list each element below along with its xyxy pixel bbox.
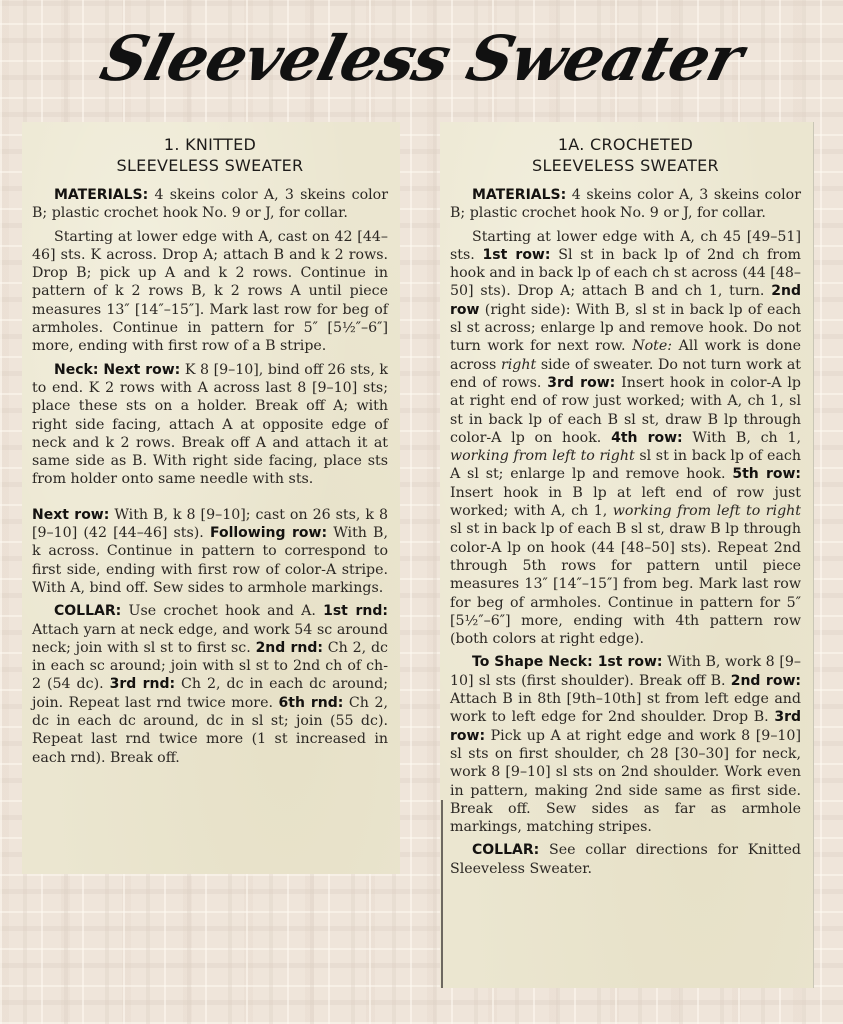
row-5-text-2: sl st in back lp of each B sl st, draw B… xyxy=(450,521,801,647)
page-title: Sleeveless Sweater xyxy=(0,14,843,104)
start-text: Starting at lower edge with A, cast on 4… xyxy=(32,229,388,355)
row-4-emphasis: working from left to right xyxy=(450,448,635,464)
neck-label: Neck: Next row: xyxy=(54,362,180,378)
row-5-label: 5th row: xyxy=(732,466,801,482)
crocheted-sweater-panel: 1A. CROCHETED SLEEVELESS SWEATER MATERIA… xyxy=(440,122,814,988)
row-1-label: 1st row: xyxy=(483,247,551,263)
neck-row-2-text: Attach B in 8th [9th–10th] st from left … xyxy=(450,691,801,725)
note-label: Note: xyxy=(632,338,672,354)
round-1-label: 1st rnd: xyxy=(323,603,388,619)
crocheted-collar: COLLAR: See collar directions for Knitte… xyxy=(450,841,801,878)
panel-edge-line xyxy=(441,800,443,988)
round-3-label: 3rd rnd: xyxy=(110,676,176,692)
crocheted-heading-line1: 1A. CROCHETED xyxy=(450,134,801,155)
following-row-label: Following row: xyxy=(210,525,327,541)
collar-label: COLLAR: xyxy=(54,603,121,619)
knitted-heading-line2: SLEEVELESS SWEATER xyxy=(32,155,388,176)
crocheted-materials: MATERIALS: 4 skeins color A, 3 skeins co… xyxy=(450,186,801,223)
note-emphasis: right xyxy=(501,357,536,373)
crocheted-neck: To Shape Neck: 1st row: With B, work 8 [… xyxy=(450,653,801,836)
knitted-sweater-panel: 1. KNITTED SLEEVELESS SWEATER MATERIALS:… xyxy=(22,122,400,874)
round-2-label: 2nd rnd: xyxy=(256,640,323,656)
row-4-text: With B, ch 1, xyxy=(683,430,801,446)
row-5-emphasis: working from left to right xyxy=(613,503,801,519)
crocheted-heading: 1A. CROCHETED SLEEVELESS SWEATER xyxy=(450,134,801,176)
shape-neck-label: To Shape Neck: 1st row: xyxy=(472,654,663,670)
knitted-heading-line1: 1. KNITTED xyxy=(32,134,388,155)
knitted-start: Starting at lower edge with A, cast on 4… xyxy=(32,228,388,356)
knitted-collar: COLLAR: Use crochet hook and A. 1st rnd:… xyxy=(32,602,388,767)
materials-label: MATERIALS: xyxy=(54,187,148,203)
next-row-label: Next row: xyxy=(32,507,109,523)
knitted-next-row: Next row: With B, k 8 [9–10]; cast on 26… xyxy=(32,506,388,597)
collar-text: Use crochet hook and A. xyxy=(121,603,323,619)
neck-row-3-text: Pick up A at right edge and work 8 [9–10… xyxy=(450,728,801,835)
crocheted-heading-line2: SLEEVELESS SWEATER xyxy=(450,155,801,176)
round-6-label: 6th rnd: xyxy=(279,695,344,711)
knitted-neck: Neck: Next row: K 8 [9–10], bind off 26 … xyxy=(32,361,388,489)
knitted-heading: 1. KNITTED SLEEVELESS SWEATER xyxy=(32,134,388,176)
knitted-materials: MATERIALS: 4 skeins color A, 3 skeins co… xyxy=(32,186,388,223)
materials-label: MATERIALS: xyxy=(472,187,566,203)
row-4-label: 4th row: xyxy=(611,430,683,446)
row-3-label: 3rd row: xyxy=(547,375,615,391)
neck-row-2-label: 2nd row: xyxy=(731,673,801,689)
crocheted-start: Starting at lower edge with A, ch 45 [49… xyxy=(450,228,801,649)
collar-label: COLLAR: xyxy=(472,842,539,858)
neck-text: K 8 [9–10], bind off 26 sts, k to end. K… xyxy=(32,362,388,488)
